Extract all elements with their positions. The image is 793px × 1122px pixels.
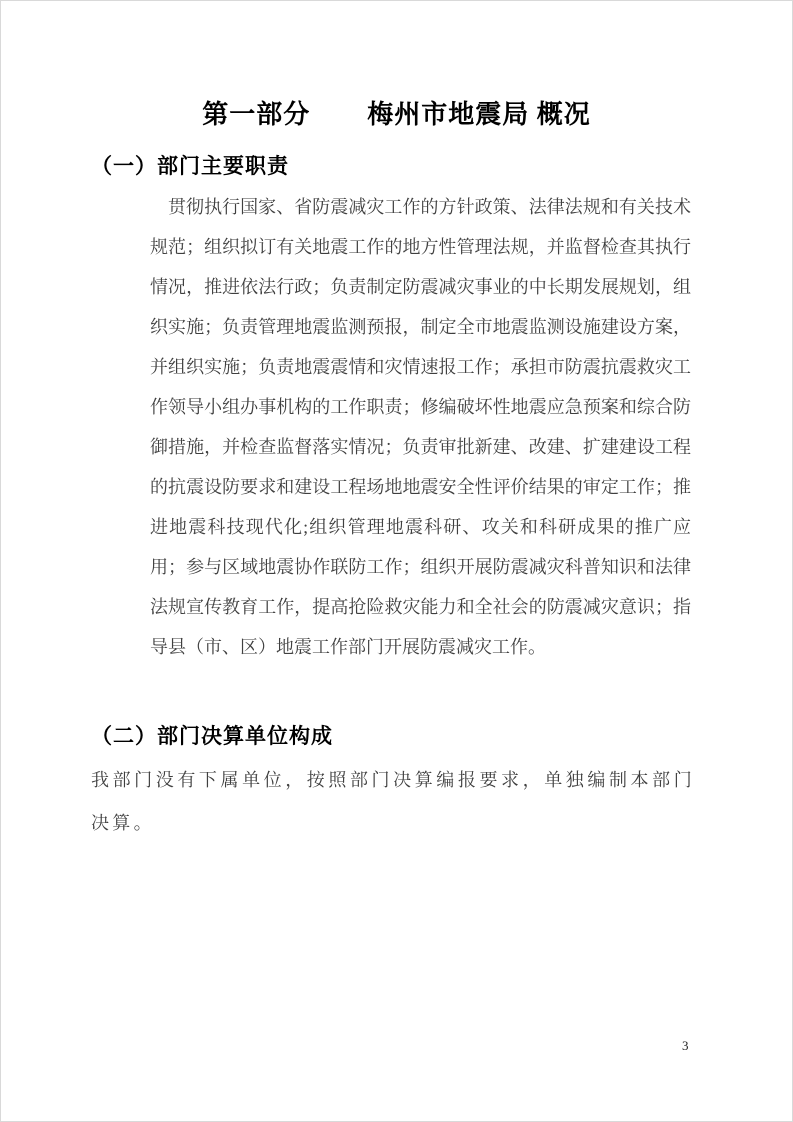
page-number: 3	[682, 1037, 689, 1055]
section-2-paragraph: 我部门没有下属单位，按照部门决算编报要求，单独编制本部门决算。	[91, 759, 695, 845]
title-department-name: 梅州市地震局 概况	[367, 100, 591, 129]
section-main-duties: （一）部门主要职责 贯彻执行国家、省防震减灾工作的方针政策、法律法规和有关技术规…	[1, 151, 792, 667]
title-part-label: 第一部分	[202, 100, 310, 129]
document-page: 第一部分 梅州市地震局 概况 （一）部门主要职责 贯彻执行国家、省防震减灾工作的…	[0, 0, 793, 1122]
section-budget-units: （二）部门决算单位构成 我部门没有下属单位，按照部门决算编报要求，单独编制本部门…	[1, 721, 792, 845]
section-1-paragraph: 贯彻执行国家、省防震减灾工作的方针政策、法律法规和有关技术规范；组织拟订有关地震…	[150, 187, 691, 667]
section-1-heading: （一）部门主要职责	[1, 151, 792, 181]
document-title: 第一部分 梅州市地震局 概况	[1, 1, 792, 132]
section-2-heading: （二）部门决算单位构成	[1, 721, 792, 751]
